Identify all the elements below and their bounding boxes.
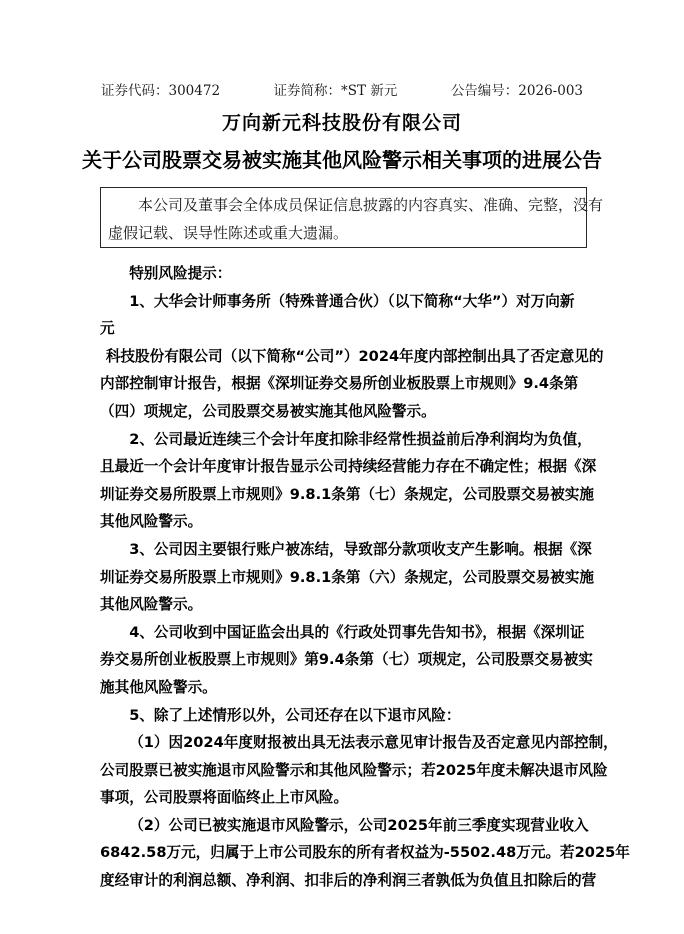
disclaimer-line: 本公司及董事会全体成员保证信息披露的内容真实、准确、完整，没有	[108, 191, 579, 219]
body-line: （2）公司已被实施退市风险警示，公司2025年前三季度实现营业收入	[100, 812, 592, 840]
body-line: 元	[100, 315, 592, 343]
announcement-page: 证券代码：300472 证券简称：*ST 新元 公告编号：2026-003 万向…	[0, 0, 684, 934]
announcement-number: 公告编号：2026-003	[451, 79, 583, 99]
document-body: 特别风险提示： 1、大华会计师事务所（特殊普通合伙）（以下简称“大华”）对万向新…	[100, 260, 592, 895]
body-line: 度经审计的利润总额、净利润、扣非后的净利润三者孰低为负值且扣除后的营	[100, 867, 592, 895]
body-line: 6842.58万元，归属于上市公司股东的所有者权益为-5502.48万元。若20…	[100, 839, 592, 867]
body-line: 圳证券交易所股票上市规则》9.8.1条第（七）条规定，公司股票交易被实施	[100, 481, 592, 509]
stock-code: 证券代码：300472	[101, 79, 220, 99]
body-line: 1、大华会计师事务所（特殊普通合伙）（以下简称“大华”）对万向新	[100, 288, 592, 316]
company-name-title: 万向新元科技股份有限公司	[0, 108, 684, 135]
body-line: 施其他风险警示。	[100, 674, 592, 702]
body-line: 2、公司最近连续三个会计年度扣除非经常性损益前后净利润均为负值，	[100, 426, 592, 454]
body-line: 内部控制审计报告，根据《深圳证券交易所创业板股票上市规则》9.4条第	[100, 370, 592, 398]
body-line: 圳证券交易所股票上市规则》9.8.1条第（六）条规定，公司股票交易被实施	[100, 564, 592, 592]
body-line: 公司股票已被实施退市风险警示和其他风险警示；若2025年度未解决退市风险	[100, 757, 592, 785]
body-line-special-risk-heading: 特别风险提示：	[100, 260, 592, 288]
body-line: 且最近一个会计年度审计报告显示公司持续经营能力存在不确定性；根据《深	[100, 453, 592, 481]
body-line: 事项，公司股票将面临终止上市风险。	[100, 784, 592, 812]
body-line: 4、公司收到中国证监会出具的《行政处罚事先告知书》，根据《深圳证	[100, 619, 592, 647]
announcement-title: 关于公司股票交易被实施其他风险警示相关事项的进展公告	[0, 144, 684, 173]
body-line: 5、除了上述情形以外，公司还存在以下退市风险：	[100, 702, 592, 730]
body-line: 其他风险警示。	[100, 508, 592, 536]
body-line: 3、公司因主要银行账户被冻结，导致部分款项收支产生影响。根据《深	[100, 536, 592, 564]
document-header-row: 证券代码：300472 证券简称：*ST 新元 公告编号：2026-003	[101, 79, 583, 99]
body-line: 科技股份有限公司（以下简称“公司”）2024年度内部控制出具了否定意见的	[100, 343, 592, 371]
disclaimer-box: 本公司及董事会全体成员保证信息披露的内容真实、准确、完整，没有 虚假记载、误导性…	[100, 187, 587, 248]
body-line: 其他风险警示。	[100, 591, 592, 619]
body-line: （四）项规定，公司股票交易被实施其他风险警示。	[100, 398, 592, 426]
disclaimer-line: 虚假记载、误导性陈述或重大遗漏。	[108, 219, 579, 247]
body-line: 券交易所创业板股票上市规则》第9.4条第（七）项规定，公司股票交易被实	[100, 646, 592, 674]
stock-abbreviation: 证券简称：*ST 新元	[274, 79, 398, 99]
body-line: （1）因2024年度财报被出具无法表示意见审计报告及否定意见内部控制，	[100, 729, 592, 757]
